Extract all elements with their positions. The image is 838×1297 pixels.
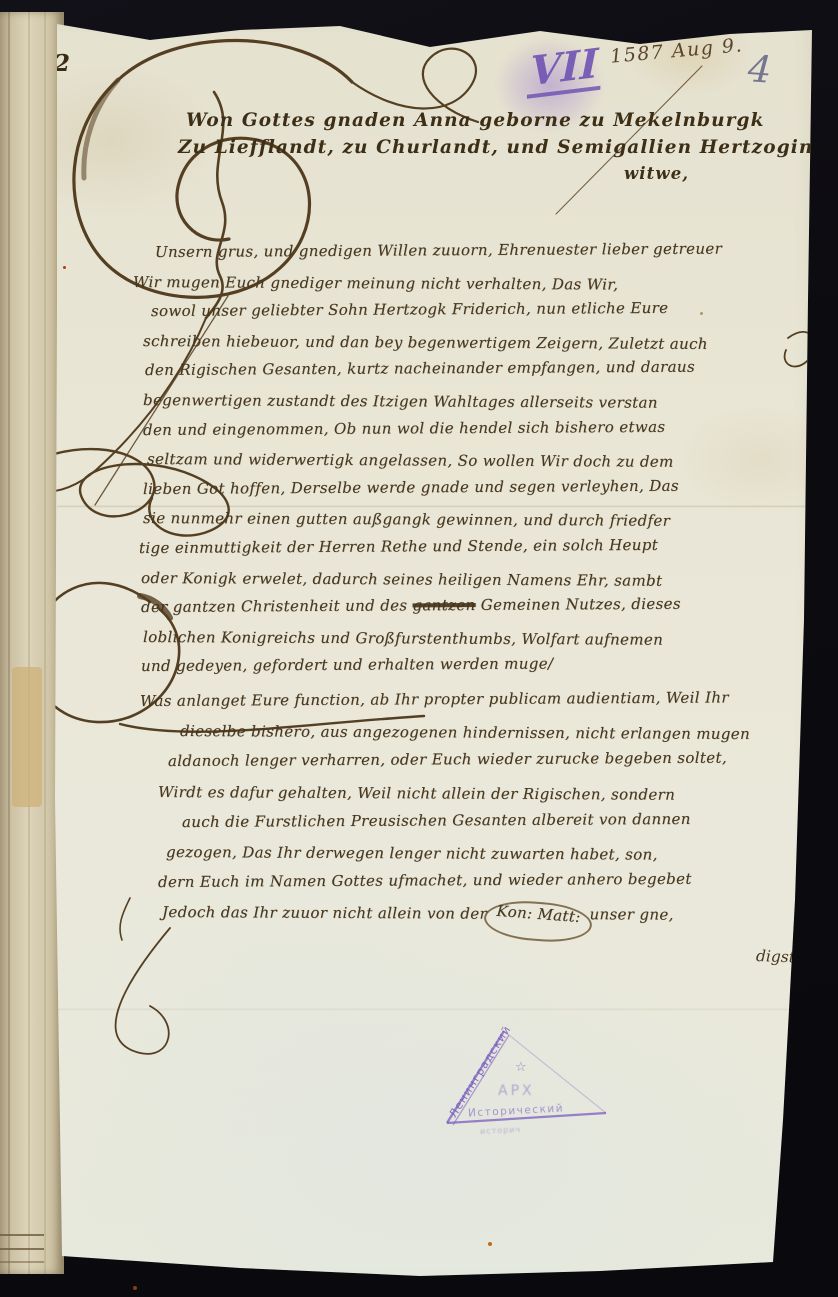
body-line-with-strikethrough: der gantzen Christenheit und des gantzen… [141,595,722,628]
line-text: unser gne, [584,906,673,924]
struck-out-word: gantzen [412,596,475,614]
body-line: dern Euch im Namen Gottes ufmachet, und … [158,870,750,904]
paper-speck [700,312,703,315]
stacked-page-edge [0,1234,44,1236]
stacked-page-edge [0,1248,44,1250]
date-annotation: 1587 Aug 9. [609,34,744,68]
body-line: den und eingenommen, Ob nun wol die hend… [143,417,722,450]
adjacent-page-edge [0,12,64,1274]
red-speck [63,266,66,269]
catchword: digsten [756,947,815,967]
body-line: aldanoch lenger verharren, oder Euch wie… [168,749,750,783]
archival-mark-vii: VII [527,43,602,99]
heading-line: Zu Liefflandt, zu Churlandt, und Semigal… [178,137,821,164]
letter-heading: Won Gottes gnaden Anna geborne zu Mekeln… [186,110,821,191]
page-edge-crease [8,12,10,1274]
folio-number-top-right: 4 [747,47,773,92]
body-paragraph-2: Was anlanget Eure function, ab Ihr propt… [140,692,750,934]
body-line: Unsern grus, und gnedigen Willen zuuorn,… [155,240,722,273]
body-line: Was anlanget Eure function, ab Ihr propt… [140,688,750,722]
body-line: sowol unser geliebter Sohn Hertzogk Frid… [151,299,722,332]
line-text: Jedoch das Ihr zuuor nicht allein von de… [162,903,492,923]
heading-line: witwe, [624,164,821,191]
manuscript-scan: 2 VII 1587 Aug 9. 4 Won Gottes gnaden An… [0,0,838,1297]
body-line-with-circle-annotation: Jedoch das Ihr zuuor nicht allein von de… [162,903,750,936]
page-edge-crease [44,12,46,1274]
heading-line: Won Gottes gnaden Anna geborne zu Mekeln… [186,110,821,137]
archive-stamp-faint-text: историч [480,1125,522,1136]
body-line: auch die Furstlichen Preusischen Gesante… [182,809,750,843]
body-line: den Rigischen Gesanten, kurtz nacheinand… [145,358,722,391]
line-text: Gemeinen Nutzes, dieses [476,595,681,614]
paper-repair-patch [12,667,42,807]
body-line: lieben Got hoffen, Derselbe werde gnade … [143,476,722,509]
manuscript-page: 2 VII 1587 Aug 9. 4 Won Gottes gnaden An… [0,0,838,1297]
stacked-page-edge [0,1261,44,1263]
star-icon: ☆ [515,1060,527,1075]
line-text: der gantzen Christenheit und des [141,596,413,616]
circled-abbreviation: Kon: Matt: [483,898,594,945]
archive-stamp-bottom-text: Исторический [468,1102,565,1119]
body-line: tige einmuttigkeit der Herren Rethe und … [139,535,722,568]
body-line: und gedeyen, gefordert und erhalten werd… [141,654,722,687]
red-speck [133,1286,137,1290]
horizontal-fold-crease [57,1008,810,1011]
body-paragraph-1: Unsern grus, und gnedigen Willen zuuorn,… [143,243,722,687]
archive-stamp-center-text: АРХ [498,1083,535,1099]
orange-speck [488,1242,492,1246]
page-edge-crease [28,12,30,1274]
